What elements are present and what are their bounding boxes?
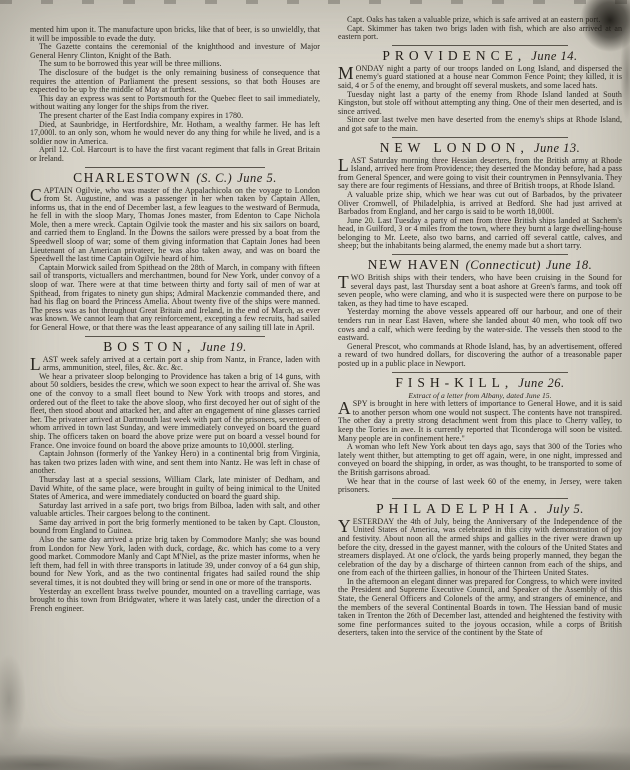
paragraph: mented him upon it. The manufacture upon… bbox=[30, 26, 320, 43]
paragraph: The Gazette contains the ceremonial of t… bbox=[30, 43, 320, 60]
paragraph: LAST week safely arrived at a certain po… bbox=[30, 356, 320, 373]
paragraph: Same day arrived in port the brig former… bbox=[30, 519, 320, 536]
paragraph: We hear that in the course of last week … bbox=[338, 478, 622, 495]
section-heading-new-haven: NEW HAVEN(Connecticut)June 18. bbox=[338, 257, 622, 273]
heading-title: NEW HAVEN bbox=[368, 257, 461, 272]
paragraph: We hear a privateer sloop belonging to P… bbox=[30, 373, 320, 450]
paragraph-text: ESTERDAY the 4th of July, being the Anni… bbox=[338, 517, 622, 578]
paragraph-text: AST week safely arrived at a certain por… bbox=[43, 355, 320, 373]
heading-title: BOSTON, bbox=[103, 339, 195, 354]
drop-cap: T bbox=[338, 274, 351, 290]
heading-date: June 19. bbox=[200, 340, 246, 354]
paragraph-text: APTAIN Ogilvie, who was master of the Ap… bbox=[30, 186, 320, 264]
section-divider-rule bbox=[392, 498, 568, 499]
section-heading-new-london: NEW LONDON,June 13. bbox=[338, 140, 622, 156]
heading-date: June 26. bbox=[518, 376, 564, 390]
paragraph: Saturday last arrived in a safe port, tw… bbox=[30, 502, 320, 519]
paragraph: Died, at Saunbridge, in Hertfordshire, M… bbox=[30, 121, 320, 147]
section-divider-rule bbox=[392, 254, 568, 255]
section-providence: PROVIDENCE,June 14. MONDAY night a party… bbox=[338, 45, 622, 134]
drop-cap: A bbox=[338, 400, 353, 416]
paragraph: Captain Johnson (formerly of the Yankey … bbox=[30, 450, 320, 476]
section-heading-philadelphia: PHILADELPHIA.July 5. bbox=[338, 501, 622, 517]
paragraph: The disclosure of the budget is the only… bbox=[30, 69, 320, 95]
heading-date: June 14. bbox=[531, 49, 577, 63]
paragraph: April 12. Col. Harcourt is to have the f… bbox=[30, 146, 320, 163]
section-divider-rule bbox=[392, 372, 568, 373]
paragraph: In the afternoon an elegant dinner was p… bbox=[338, 578, 622, 638]
drop-cap: M bbox=[338, 65, 356, 81]
section-london-news-continued: mented him upon it. The manufacture upon… bbox=[30, 26, 320, 164]
paragraph-text: WO British ships with their tenders, who… bbox=[338, 273, 622, 308]
paragraph: General Prescot, who commands at Rhode I… bbox=[338, 343, 622, 369]
section-boston: BOSTON,June 19. LAST week safely arrived… bbox=[30, 336, 320, 614]
section-captures-continued: Capt. Oaks has taken a valuable prize, w… bbox=[338, 16, 622, 42]
drop-cap: Y bbox=[338, 518, 353, 534]
heading-title: PROVIDENCE, bbox=[382, 48, 526, 63]
heading-title: CHARLESTOWN bbox=[73, 170, 191, 185]
paragraph: MONDAY night a party of our troops lande… bbox=[338, 65, 622, 91]
paragraph: June 20. Last Tuesday a party of men fro… bbox=[338, 217, 622, 251]
paragraph: Also the same day arrived a prize brig t… bbox=[30, 536, 320, 588]
paragraph: Yesterday morning the above vessels appe… bbox=[338, 308, 622, 342]
drop-cap: L bbox=[30, 356, 43, 372]
section-divider-rule bbox=[85, 167, 265, 168]
paragraph: This day an express was sent to Portsmou… bbox=[30, 95, 320, 112]
paragraph: Capt. Skimmer has taken two brigs laden … bbox=[338, 25, 622, 42]
heading-date: June 18. bbox=[546, 258, 592, 272]
drop-cap: C bbox=[30, 187, 44, 203]
paragraph: LAST Saturday morning three Hessian dese… bbox=[338, 157, 622, 191]
paragraph: ASPY is brought in here with letters of … bbox=[338, 400, 622, 443]
heading-date: June 13. bbox=[534, 141, 580, 155]
paragraph-text: AST Saturday morning three Hessian deser… bbox=[338, 156, 622, 191]
left-column: mented him upon it. The manufacture upon… bbox=[30, 26, 320, 613]
paragraph: Captain Morwick sailed from Spithead on … bbox=[30, 264, 320, 333]
section-charlestown: CHARLESTOWN(S. C.)June 5. CAPTAIN Ogilvi… bbox=[30, 167, 320, 333]
section-heading-fish-kill: FISH-KILL,June 26. bbox=[338, 375, 622, 391]
paragraph-text: SPY is brought in here with letters of i… bbox=[338, 399, 622, 442]
section-heading-providence: PROVIDENCE,June 14. bbox=[338, 48, 622, 64]
drop-cap: L bbox=[338, 157, 351, 173]
paragraph: Since our last twelve men have deserted … bbox=[338, 116, 622, 133]
paragraph: CAPTAIN Ogilvie, who was master of the A… bbox=[30, 187, 320, 264]
paragraph: A valuable prize ship, which we hear was… bbox=[338, 191, 622, 217]
section-heading-boston: BOSTON,June 19. bbox=[30, 339, 320, 355]
section-philadelphia: PHILADELPHIA.July 5. YESTERDAY the 4th o… bbox=[338, 498, 622, 638]
section-new-london: NEW LONDON,June 13. LAST Saturday mornin… bbox=[338, 137, 622, 252]
section-divider-rule bbox=[392, 137, 568, 138]
section-fish-kill: FISH-KILL,June 26. Extract of a letter f… bbox=[338, 372, 622, 495]
heading-title: NEW LONDON, bbox=[380, 140, 529, 155]
heading-date: June 5. bbox=[237, 171, 277, 185]
section-divider-rule bbox=[85, 336, 265, 337]
section-divider-rule bbox=[392, 45, 568, 46]
paragraph: TWO British ships with their tenders, wh… bbox=[338, 274, 622, 308]
paragraph: Yesterday an excellent brass twelve poun… bbox=[30, 588, 320, 614]
right-column: Capt. Oaks has taken a valuable prize, w… bbox=[338, 16, 622, 638]
heading-date: July 5. bbox=[547, 502, 584, 516]
section-heading-charlestown: CHARLESTOWN(S. C.)June 5. bbox=[30, 170, 320, 186]
paragraph: YESTERDAY the 4th of July, being the Ann… bbox=[338, 518, 622, 578]
paragraph-text: ONDAY night a party of our troops landed… bbox=[338, 64, 622, 90]
paragraph: Thursday last at a special sessions, Wil… bbox=[30, 476, 320, 502]
heading-title: PHILADELPHIA. bbox=[376, 501, 542, 516]
section-new-haven: NEW HAVEN(Connecticut)June 18. TWO Briti… bbox=[338, 254, 622, 369]
heading-subtitle: (Connecticut) bbox=[466, 258, 541, 272]
paragraph: Tuesday night last a party of the enemy … bbox=[338, 91, 622, 117]
heading-title: FISH-KILL, bbox=[395, 375, 513, 390]
paragraph: A woman who left New York about ten days… bbox=[338, 443, 622, 477]
heading-subtitle: (S. C.) bbox=[196, 171, 232, 185]
